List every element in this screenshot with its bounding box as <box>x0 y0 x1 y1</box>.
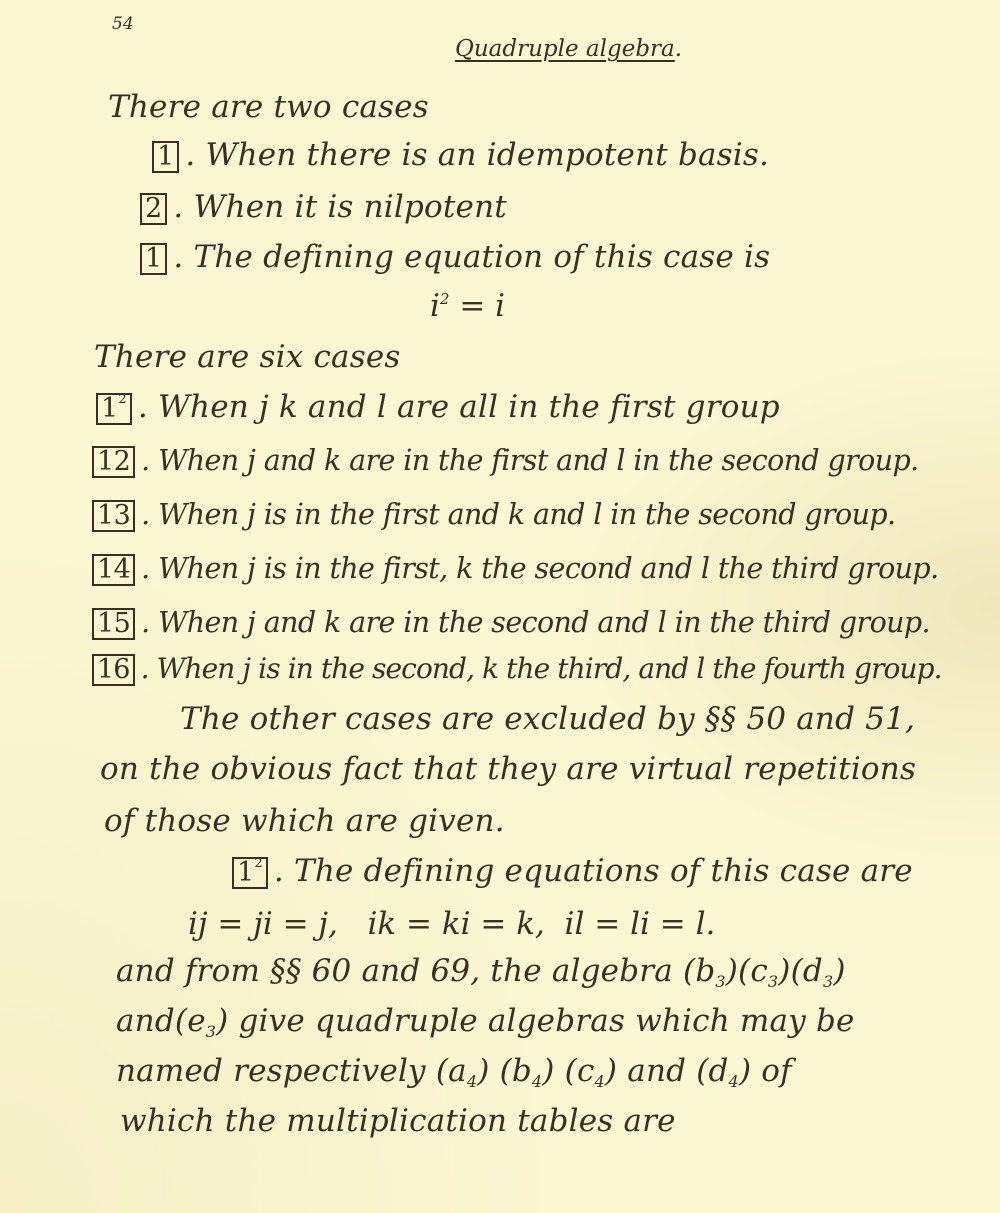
case-label: 1 <box>152 141 179 173</box>
case-label: 12 <box>232 857 268 889</box>
closing-text: and <box>617 1053 696 1089</box>
case-label-dot: . <box>173 239 193 275</box>
case-text: The defining equation of this case is <box>194 239 771 275</box>
case-1-2-equations: ij = ji = j, ik = ki = k, il = li = l. <box>188 906 715 942</box>
algebra-ref: (c3) <box>738 953 791 989</box>
six-case-3: 13. When j is in the first and k and l i… <box>92 500 895 532</box>
closing-line-4: which the multiplication tables are <box>120 1106 676 1137</box>
case-label-number: 12 <box>97 446 130 477</box>
case-label-number: 2 <box>145 193 162 224</box>
case-text: When j and k are in the first and l in t… <box>158 444 918 477</box>
paragraph-line-1: The other cases are excluded by §§ 50 an… <box>180 704 915 735</box>
case-label: 1 <box>140 243 167 275</box>
algebra-ref: (d4) <box>696 1053 751 1089</box>
paragraph-line-3: of those which are given. <box>104 806 505 837</box>
case-label-dot: . <box>141 606 158 639</box>
closing-line-3: named respectively (a4) (b4) (c4) and (d… <box>116 1056 792 1090</box>
case-label-number: 1 <box>157 141 174 172</box>
case-label-number: 1 <box>101 393 118 424</box>
case-1-2-heading: 12. The defining equations of this case … <box>232 856 913 889</box>
case-text: When it is nilpotent <box>194 189 507 225</box>
case-label: 16 <box>92 654 135 686</box>
page-number: 54 <box>112 14 134 34</box>
eq-exponent: 2 <box>440 290 450 308</box>
case-text: When j and k are in the second and l in … <box>158 606 930 639</box>
case-label: 2 <box>140 193 167 225</box>
case-text: When there is an idempotent basis. <box>206 137 770 173</box>
paragraph-line-2: on the obvious fact that they are virtua… <box>100 754 916 785</box>
case-label-number: 16 <box>97 654 130 685</box>
page-title-punct: . <box>675 36 682 62</box>
closing-line-1: and from §§ 60 and 69, the algebra (b3)(… <box>116 956 846 990</box>
case-label-dot: . <box>141 444 158 477</box>
six-cases-heading: There are six cases <box>94 342 400 373</box>
algebra-ref: (e3) <box>175 1003 229 1039</box>
algebra-ref: (a4) <box>436 1053 490 1089</box>
six-case-1: 12. When j k and l are all in the first … <box>96 392 780 425</box>
case-text: When j k and l are all in the first grou… <box>158 389 780 425</box>
intro-case-1: 1. When there is an idempotent basis. <box>152 140 769 173</box>
intro-case-1-definition: 1. The defining equation of this case is <box>140 242 770 275</box>
case-text: The defining equations of this case are <box>294 853 913 889</box>
closing-line-2: and(e3) give quadruple algebras which ma… <box>116 1006 855 1040</box>
case-label-dot: . <box>274 853 294 889</box>
case-label-dot: . <box>173 189 193 225</box>
page-title-text: Quadruple algebra <box>455 36 675 62</box>
closing-text: of <box>751 1053 792 1089</box>
page-title: Quadruple algebra. <box>455 36 682 62</box>
closing-text: named respectively <box>116 1053 436 1089</box>
algebra-ref: (c4) <box>565 1053 618 1089</box>
closing-text: give quadruple algebras which may be <box>228 1003 854 1039</box>
case-label-number: 15 <box>97 608 130 639</box>
case-label-sup: 2 <box>118 392 126 407</box>
case-label-dot: . <box>141 652 157 685</box>
case-label-dot: . <box>141 498 158 531</box>
algebra-ref: (b3) <box>683 953 738 989</box>
case-text: When j is in the first, k the second and… <box>158 552 938 585</box>
six-case-2: 12. When j and k are in the first and l … <box>92 446 919 478</box>
case-label-number: 1 <box>145 243 162 274</box>
eq-base: i <box>430 288 440 324</box>
case-label-dot: . <box>185 137 205 173</box>
eq-rhs: = i <box>459 288 505 324</box>
closing-text: and from §§ 60 and 69, the algebra <box>116 953 683 989</box>
case-label-number: 13 <box>97 500 130 531</box>
case-label: 15 <box>92 608 135 640</box>
case-label: 12 <box>96 393 132 425</box>
case-label-number: 14 <box>97 554 130 585</box>
intro-case-2: 2. When it is nilpotent <box>140 192 507 225</box>
closing-text: and <box>116 1003 175 1039</box>
six-case-4: 14. When j is in the first, k the second… <box>92 554 939 586</box>
case-label-dot: . <box>141 552 158 585</box>
case-text: When j is in the first and k and l in th… <box>158 498 895 531</box>
six-case-6: 16. When j is in the second, k the third… <box>92 654 942 686</box>
case-label: 13 <box>92 500 135 532</box>
case-label-dot: . <box>138 389 158 425</box>
case-label-sup: 2 <box>254 856 262 871</box>
case-label: 14 <box>92 554 135 586</box>
case-label-number: 1 <box>237 857 254 888</box>
algebra-ref: (d3) <box>791 953 846 989</box>
case-text: When j is in the second, k the third, an… <box>157 652 942 685</box>
manuscript-page: 54 Quadruple algebra. There are two case… <box>0 0 1000 1213</box>
algebra-ref: (b4) <box>500 1053 555 1089</box>
idempotent-equation: i2 = i <box>430 288 505 324</box>
six-case-5: 15. When j and k are in the second and l… <box>92 608 930 640</box>
case-label: 12 <box>92 446 135 478</box>
intro-heading: There are two cases <box>108 92 429 123</box>
